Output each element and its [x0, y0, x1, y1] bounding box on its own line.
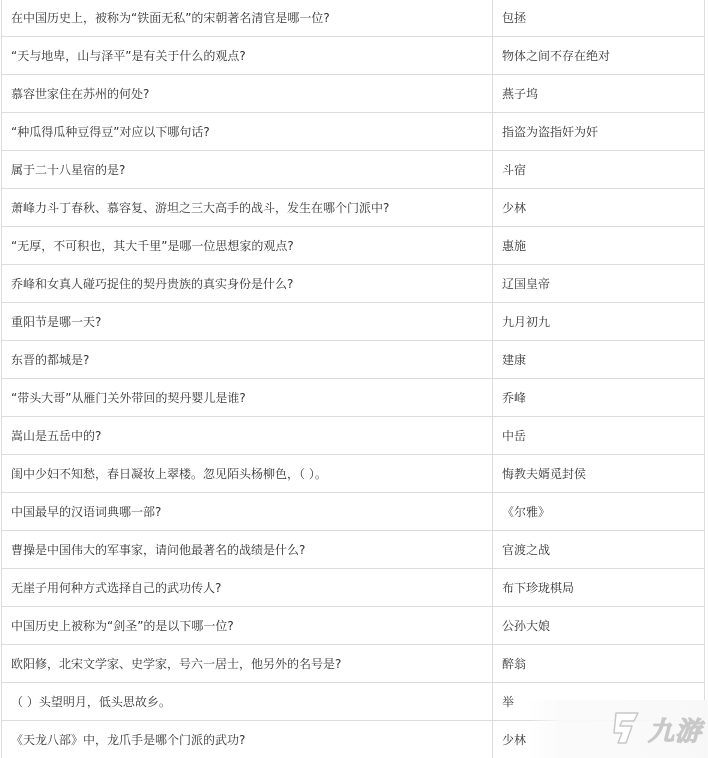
question-cell: “天与地卑，山与泽平”是有关于什么的观点?: [2, 37, 493, 75]
answer-cell: 斗宿: [493, 151, 705, 189]
answer-cell: 物体之间不存在绝对: [493, 37, 705, 75]
answer-cell: 燕子坞: [493, 75, 705, 113]
question-cell: （ ）头望明月，低头思故乡。: [2, 683, 493, 721]
answer-cell: 悔教夫婿觅封侯: [493, 455, 705, 493]
answer-cell: 乔峰: [493, 379, 705, 417]
table-row: 慕容世家住在苏州的何处?燕子坞: [2, 75, 705, 113]
answer-cell: 中岳: [493, 417, 705, 455]
question-cell: “无厚，不可积也，其大千里”是哪一位思想家的观点?: [2, 227, 493, 265]
table-row: 乔峰和女真人碰巧捉住的契丹贵族的真实身份是什么?辽国皇帝: [2, 265, 705, 303]
question-cell: 重阳节是哪一天?: [2, 303, 493, 341]
table-row: 中国最早的汉语词典哪一部?《尔雅》: [2, 493, 705, 531]
question-cell: 慕容世家住在苏州的何处?: [2, 75, 493, 113]
watermark: 九游: [528, 700, 708, 758]
table-row: 重阳节是哪一天?九月初九: [2, 303, 705, 341]
question-cell: 中国最早的汉语词典哪一部?: [2, 493, 493, 531]
question-cell: 东晋的都城是?: [2, 341, 493, 379]
table-row: 萧峰力斗丁春秋、慕容复、游坦之三大高手的战斗，发生在哪个门派中?少林: [2, 189, 705, 227]
question-cell: 乔峰和女真人碰巧捉住的契丹贵族的真实身份是什么?: [2, 265, 493, 303]
table-row: 曹操是中国伟大的军事家，请问他最著名的战绩是什么?官渡之战: [2, 531, 705, 569]
watermark-text: 九游: [648, 711, 702, 748]
question-cell: 欧阳修，北宋文学家、史学家，号六一居士，他另外的名号是?: [2, 645, 493, 683]
table-row: “带头大哥”从雁门关外带回的契丹婴儿是谁?乔峰: [2, 379, 705, 417]
question-cell: 无崖子用何种方式选择自己的武功传人?: [2, 569, 493, 607]
answer-cell: 指盗为盗指奸为奸: [493, 113, 705, 151]
qa-table: 在中国历史上，被称为“铁面无私”的宋朝著名清官是哪一位?包拯 “天与地卑，山与泽…: [1, 0, 705, 758]
answer-cell: 官渡之战: [493, 531, 705, 569]
question-cell: 属于二十八星宿的是?: [2, 151, 493, 189]
answer-cell: 少林: [493, 189, 705, 227]
answer-cell: 布下珍珑棋局: [493, 569, 705, 607]
question-cell: “种瓜得瓜种豆得豆”对应以下哪句话?: [2, 113, 493, 151]
table-row: 闺中少妇不知愁，春日凝妆上翠楼。忽见陌头杨柳色，（ ）。悔教夫婿觅封侯: [2, 455, 705, 493]
table-row: “天与地卑，山与泽平”是有关于什么的观点?物体之间不存在绝对: [2, 37, 705, 75]
question-cell: 中国历史上被称为“剑圣”的是以下哪一位?: [2, 607, 493, 645]
question-cell: 嵩山是五岳中的?: [2, 417, 493, 455]
jiuyou-logo-icon: [606, 707, 646, 751]
answer-cell: 公孙大娘: [493, 607, 705, 645]
answer-cell: 惠施: [493, 227, 705, 265]
table-row: 欧阳修，北宋文学家、史学家，号六一居士，他另外的名号是?醉翁: [2, 645, 705, 683]
answer-cell: 辽国皇帝: [493, 265, 705, 303]
table-row: 无崖子用何种方式选择自己的武功传人?布下珍珑棋局: [2, 569, 705, 607]
table-row: “无厚，不可积也，其大千里”是哪一位思想家的观点?惠施: [2, 227, 705, 265]
answer-cell: 醉翁: [493, 645, 705, 683]
table-row: “种瓜得瓜种豆得豆”对应以下哪句话?指盗为盗指奸为奸: [2, 113, 705, 151]
question-cell: 《天龙八部》中，龙爪手是哪个门派的武功?: [2, 721, 493, 758]
answer-cell: 包拯: [493, 0, 705, 37]
question-cell: “带头大哥”从雁门关外带回的契丹婴儿是谁?: [2, 379, 493, 417]
question-cell: 在中国历史上，被称为“铁面无私”的宋朝著名清官是哪一位?: [2, 0, 493, 37]
question-cell: 曹操是中国伟大的军事家，请问他最著名的战绩是什么?: [2, 531, 493, 569]
table-row: 嵩山是五岳中的?中岳: [2, 417, 705, 455]
question-cell: 萧峰力斗丁春秋、慕容复、游坦之三大高手的战斗，发生在哪个门派中?: [2, 189, 493, 227]
question-cell: 闺中少妇不知愁，春日凝妆上翠楼。忽见陌头杨柳色，（ ）。: [2, 455, 493, 493]
answer-cell: 九月初九: [493, 303, 705, 341]
answer-cell: 《尔雅》: [493, 493, 705, 531]
table-row: 东晋的都城是?建康: [2, 341, 705, 379]
table-row: 属于二十八星宿的是?斗宿: [2, 151, 705, 189]
table-row: 中国历史上被称为“剑圣”的是以下哪一位?公孙大娘: [2, 607, 705, 645]
table-row: 在中国历史上，被称为“铁面无私”的宋朝著名清官是哪一位?包拯: [2, 0, 705, 37]
watermark-logo: 九游: [606, 707, 702, 751]
answer-cell: 建康: [493, 341, 705, 379]
